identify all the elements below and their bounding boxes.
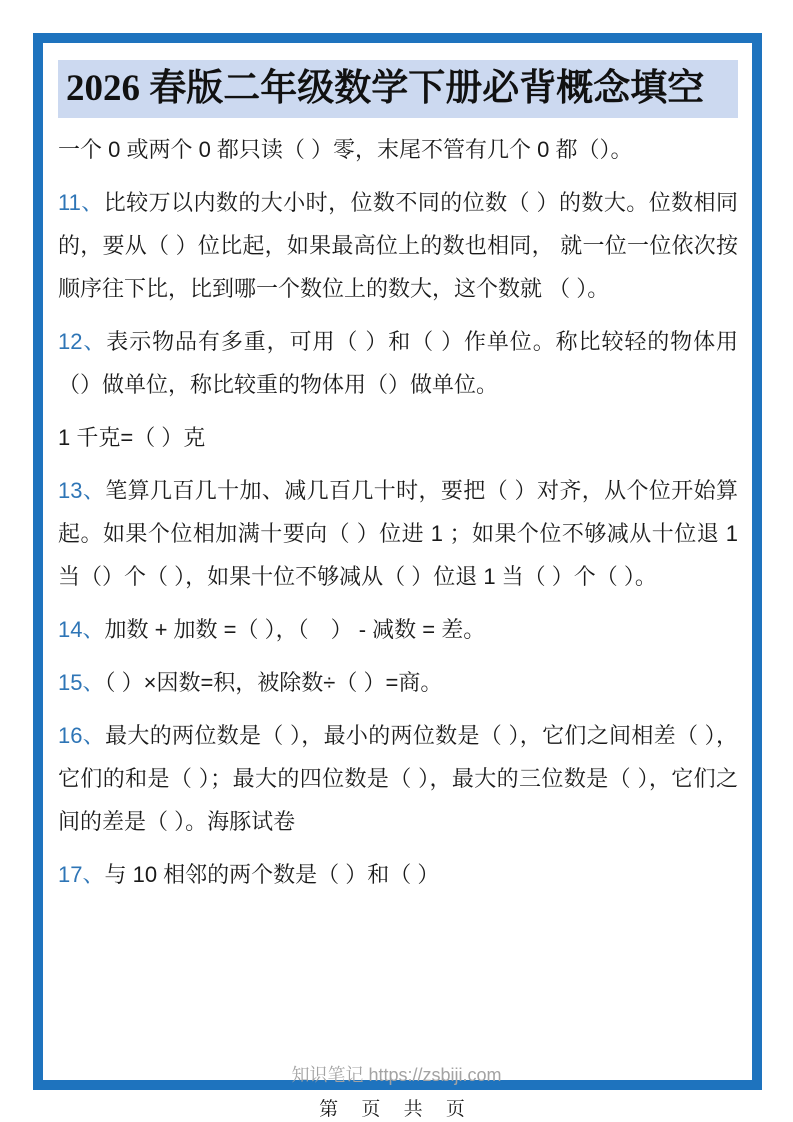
question-number: 13、 [58,478,105,503]
question-text: 加数 + 加数 =（ ），（ ） - 减数 = 差。 [104,617,485,642]
question-paragraph: 13、笔算几百几十加、减几百几十时，要把（ ）对齐，从个位开始算起。如果个位相加… [58,469,738,598]
question-number: 15、 [58,670,104,695]
question-paragraph: 一个 0 或两个 0 都只读（ ）零，末尾不管有几个 0 都（）。 [58,128,738,171]
watermark: 知识笔记 https://zsbiji.com [0,1061,793,1087]
page-footer: 第 页 共 页 [0,1094,793,1121]
question-number: 11、 [58,190,104,215]
question-paragraph: 17、与 10 相邻的两个数是（ ）和（ ） [58,853,738,896]
question-text: 笔算几百几十加、减几百几十时，要把（ ）对齐，从个位开始算起。如果个位相加满十要… [58,478,738,589]
question-text: 表示物品有多重，可用（ ）和（ ）作单位。称比较轻的物体用（）做单位，称比较重的… [58,329,738,397]
worksheet-page: 2026 春版二年级数学下册必背概念填空 一个 0 或两个 0 都只读（ ）零，… [0,0,793,1122]
question-paragraph: 11、比较万以内数的大小时，位数不同的位数（ ）的数大。位数相同的，要从（ ）位… [58,181,738,310]
question-paragraph: 1 千克=（ ）克 [58,416,738,459]
question-number: 12、 [58,329,106,354]
question-paragraph: 14、加数 + 加数 =（ ），（ ） - 减数 = 差。 [58,608,738,651]
question-text: 比较万以内数的大小时，位数不同的位数（ ）的数大。位数相同的，要从（ ）位比起，… [58,190,738,301]
worksheet-frame: 2026 春版二年级数学下册必背概念填空 一个 0 或两个 0 都只读（ ）零，… [33,33,762,1090]
question-number: 14、 [58,617,104,642]
question-text: 一个 0 或两个 0 都只读（ ）零，末尾不管有几个 0 都（）。 [58,137,633,162]
worksheet-title: 2026 春版二年级数学下册必背概念填空 [58,60,738,118]
question-text: （ ）×因数=积，被除数÷（ ）=商。 [104,670,442,695]
question-number: 16、 [58,723,105,748]
question-text: 与 10 相邻的两个数是（ ）和（ ） [104,862,439,887]
worksheet-content: 2026 春版二年级数学下册必背概念填空 一个 0 或两个 0 都只读（ ）零，… [43,43,752,896]
question-text: 1 千克=（ ）克 [58,425,205,450]
question-text: 最大的两位数是（ ），最小的两位数是（ ），它们之间相差（ ），它们的和是（ ）… [58,723,738,834]
question-paragraph: 16、最大的两位数是（ ），最小的两位数是（ ），它们之间相差（ ），它们的和是… [58,714,738,843]
question-number: 17、 [58,862,104,887]
question-paragraph: 12、表示物品有多重，可用（ ）和（ ）作单位。称比较轻的物体用（）做单位，称比… [58,320,738,406]
question-paragraph: 15、（ ）×因数=积，被除数÷（ ）=商。 [58,661,738,704]
